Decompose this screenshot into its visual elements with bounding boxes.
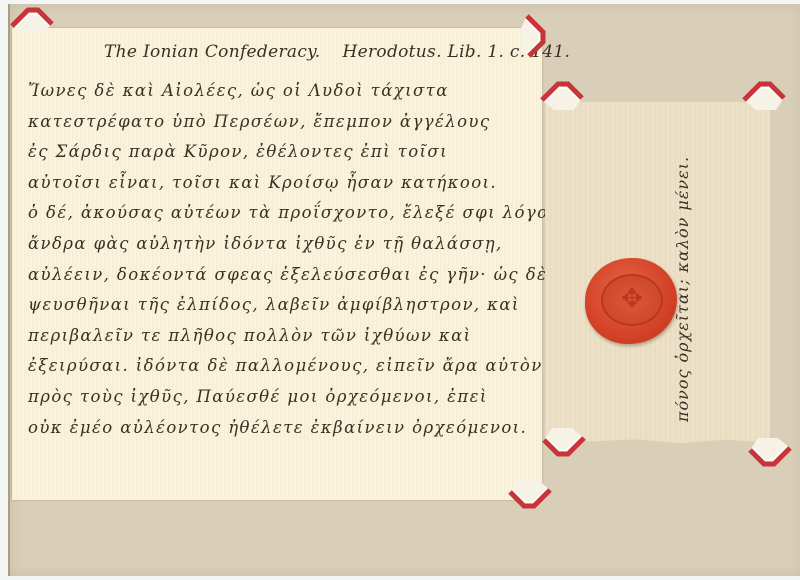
manuscript-letter: The Ionian Confederacy.Herodotus. Lib. 1… <box>12 28 542 500</box>
text-line: ἄνδρα φὰς αὐλητὴν ἰδόντα ἰχθῦς ἐν τῇ θαλ… <box>28 229 533 260</box>
photo-corner-icon <box>746 430 792 468</box>
text-line: ἐξειρύσαι. ἰδόντα δὲ παλλομένους, εἰπεῖν… <box>28 351 533 382</box>
photo-corner-icon <box>10 6 56 44</box>
photo-corner-icon <box>540 80 586 118</box>
text-line: ὁ δέ, ἀκούσας αὐτέων τὰ προΐσχοντο, ἔλεξ… <box>28 198 533 229</box>
greek-text-block: Ἴωνες δὲ καὶ Αἰολέες, ὡς οἱ Λυδοὶ τάχιστ… <box>28 76 533 443</box>
photo-corner-icon <box>506 472 552 510</box>
text-line: κατεστρέφατο ὑπὸ Περσέων, ἔπεμπον ἀγγέλο… <box>28 107 533 138</box>
photo-corner-icon <box>540 420 586 458</box>
text-line: οὐκ ἐμέο αὐλέοντος ἠθέλετε ἐκβαίνειν ὀρχ… <box>28 413 533 444</box>
text-line: Ἴωνες δὲ καὶ Αἰολέες, ὡς οἱ Λυδοὶ τάχιστ… <box>28 76 533 107</box>
text-line: ψευσθῆναι τῆς ἐλπίδος, λαβεῖν ἀμφίβληστρ… <box>28 290 533 321</box>
text-line: περιβαλεῖν τε πλῆθος πολλὸν τῶν ἰχθύων κ… <box>28 321 533 352</box>
letter-title: The Ionian Confederacy. <box>104 42 321 62</box>
seal-impression <box>601 274 663 326</box>
letter-heading: The Ionian Confederacy.Herodotus. Lib. 1… <box>104 42 570 62</box>
photo-corner-icon <box>509 14 547 60</box>
text-line: ἐς Σάρδις παρὰ Κῦρον, ἐθέλοντες ἐπὶ τοῖσ… <box>28 137 533 168</box>
photo-corner-icon <box>742 80 788 118</box>
text-line: αὐλέειν, δοκέοντά σφεας ἐξελεύσεσθαι ἐς … <box>28 260 533 291</box>
text-line: πρὸς τοὺς ἰχθῦς, Παύεσθέ μοι ὀρχεόμενοι,… <box>28 382 533 413</box>
text-line: αὐτοῖσι εἶναι, τοῖσι καὶ Κροίσῳ ἦσαν κατ… <box>28 168 533 199</box>
